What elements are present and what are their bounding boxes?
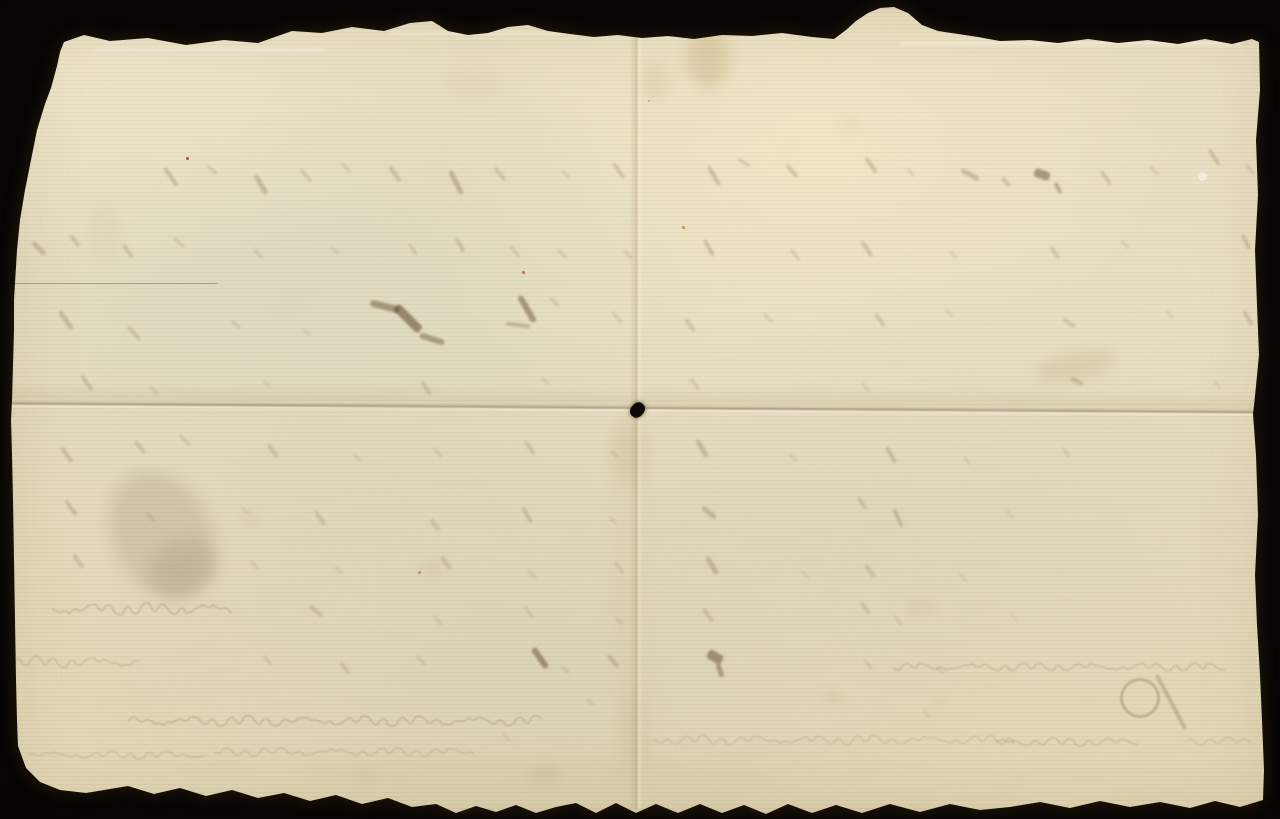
ghost-writing-stroke bbox=[52, 603, 231, 615]
ghost-writing-line bbox=[215, 743, 475, 761]
ghost-writing-stroke bbox=[128, 716, 541, 727]
scanned-document-photo bbox=[0, 0, 1280, 819]
ghost-writing-stroke bbox=[28, 751, 207, 759]
ghost-writing-stroke bbox=[1188, 737, 1250, 745]
ghost-writing-line bbox=[995, 733, 1145, 751]
ghost-writing-stroke bbox=[995, 738, 1138, 746]
ghost-writing-stroke bbox=[655, 735, 1014, 744]
ghost-writing-stroke bbox=[893, 663, 1225, 671]
ruled-pencil-line bbox=[12, 283, 218, 284]
ghost-writing-stroke bbox=[14, 656, 139, 667]
paper-shadow-wrap bbox=[0, 0, 1280, 819]
ghost-writing-line bbox=[14, 650, 144, 674]
ghost-writing-line bbox=[128, 710, 543, 732]
ghost-writing-stroke bbox=[215, 748, 475, 756]
paper-sheet bbox=[0, 0, 1280, 819]
ghost-writing-line bbox=[893, 658, 1233, 676]
ghost-writing-line bbox=[1188, 733, 1258, 749]
ghost-writing-line bbox=[28, 747, 213, 763]
ghost-writing-line bbox=[655, 730, 1015, 750]
ghost-writing-line bbox=[52, 596, 232, 622]
